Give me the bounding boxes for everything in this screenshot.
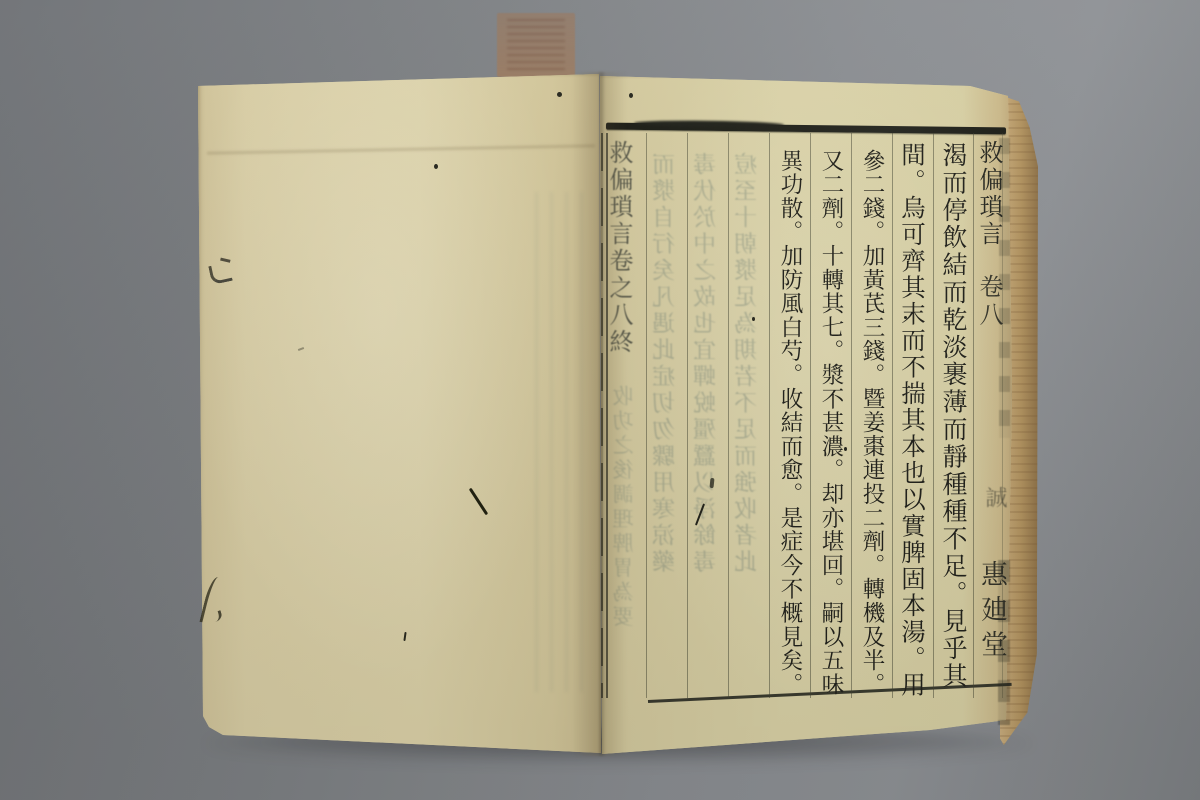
ghost-column: 痘至十朝漿足為期若不足而強收者此 [728, 152, 769, 576]
ink-speck [844, 447, 847, 451]
ghost-column: 毒伏於中之故也宜蟬蛻殭蠶以淨餘毒 [687, 152, 728, 576]
volume-label: 卷八 [972, 274, 1007, 330]
wormhole [557, 92, 562, 97]
banxin-middle-character: 誠 [979, 486, 1010, 508]
text-column-1: 渴而停飲結而乾淡裹薄而靜種種不足。見乎其 [933, 142, 974, 690]
ink-speck [434, 164, 438, 169]
text-column-2: 間。烏可齊其末而不揣其本也以實脾固本湯。用 [892, 142, 933, 699]
ghost-column: 收功之後調理脾胃為要 [604, 385, 645, 630]
show-through-smudge [535, 192, 593, 692]
column-rule [601, 133, 603, 698]
banxin-column: 救偏瑣言 卷八 誠 惠廸堂 [972, 140, 1003, 665]
publisher-hall-name: 惠廸堂 [972, 560, 1011, 665]
book-title: 救偏瑣言 [972, 140, 1007, 248]
wormhole [629, 93, 633, 98]
photograph-of-open-book: 救偏瑣言 卷八 誠 惠廸堂 渴而停飲結而乾淡裹薄而靜種種不足。見乎其 間。烏可齊… [0, 0, 1200, 800]
text-column-3: 參二錢。加黃芪三錢。暨姜棗連投二劑。轉機及半。 [851, 149, 892, 696]
paper-crease [207, 144, 595, 154]
text-column-5: 異功散。加防風白芍。收結而愈。是症今不概見矣。 [769, 149, 810, 696]
ink-speck [752, 317, 755, 321]
chapter-end-column: 救偏瑣言卷之八終 [604, 140, 634, 356]
text-column-4: 又二劑。十轉其七。漿不甚濃。却亦堪回。嗣以五味 [810, 149, 851, 696]
ink-speck [904, 316, 907, 319]
ghost-column: 而漿自行矣凡遇此症切勿驟用寒涼藥 [646, 152, 687, 576]
bookmark-tab [497, 13, 575, 77]
ink-speck [947, 149, 950, 152]
left-page [197, 72, 601, 756]
